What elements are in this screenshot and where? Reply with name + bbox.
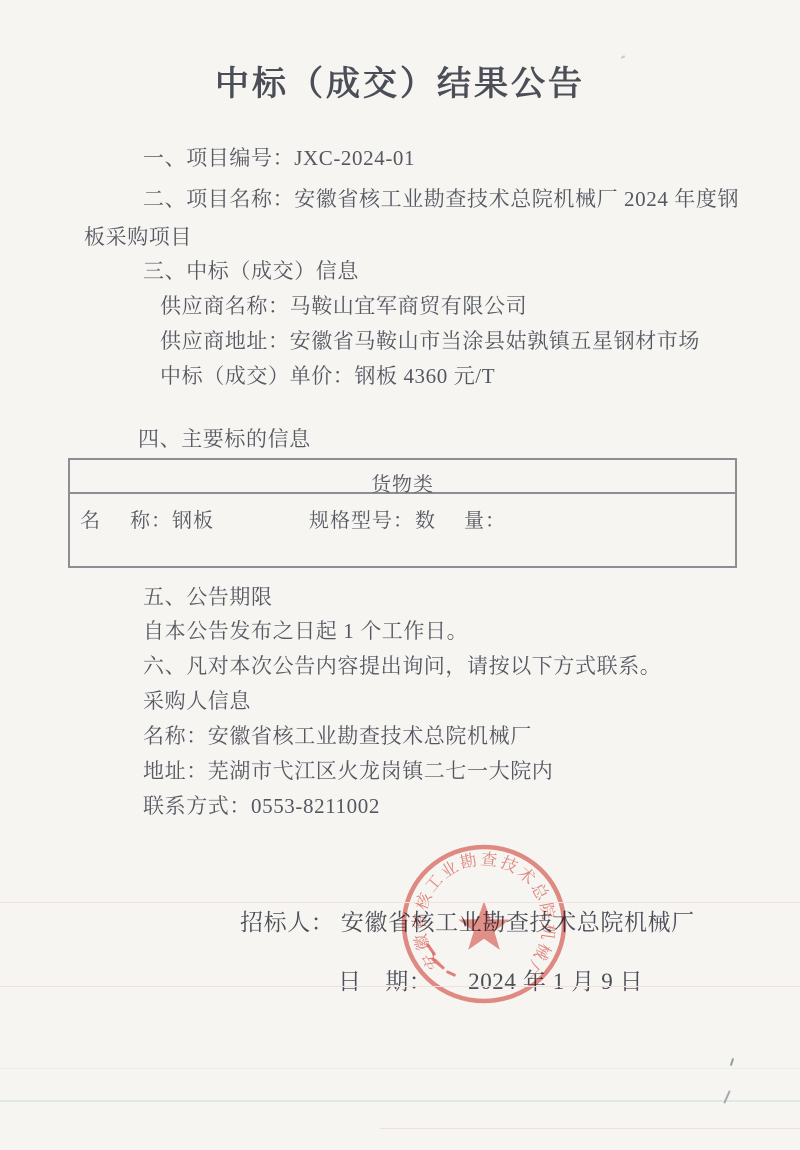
goods-table-header: 货物类 — [70, 460, 735, 494]
pen-mark-artifact — [723, 1090, 731, 1104]
section3-heading: 三、中标（成交）信息 — [143, 259, 359, 284]
seal-inner-mark — [426, 943, 436, 956]
goods-name-value: 称：钢板 — [130, 504, 214, 533]
scan-line-artifact — [0, 1068, 800, 1069]
purchaser-info-heading: 采购人信息 — [143, 689, 251, 714]
scan-line-artifact — [380, 1128, 800, 1129]
section5-heading: 五、公告期限 — [143, 585, 273, 610]
announcement-period-line: 自本公告发布之日起 1 个工作日。 — [143, 619, 468, 644]
project-number-line: 一、项目编号：JXC-2024-01 — [143, 146, 415, 171]
goods-qty-label-2: 量： — [464, 504, 506, 533]
section4-heading: 四、主要标的信息 — [138, 427, 311, 452]
goods-table: 货物类 名 称：钢板 规格型号： 数 量： — [68, 458, 737, 568]
award-price-line: 中标（成交）单价：钢板 4360 元/T — [160, 364, 495, 389]
scanned-document-page: 中标（成交）结果公告 一、项目编号：JXC-2024-01 二、项目名称：安徽省… — [0, 0, 800, 1150]
purchaser-address-line: 地址：芜湖市弋江区火龙岗镇二七一大院内 — [143, 759, 553, 784]
section6-heading: 六、凡对本次公告内容提出询问，请按以下方式联系。 — [143, 654, 661, 679]
bidder-signature-line: 招标人： 安徽省核工业勘查技术总院机械厂 — [240, 909, 695, 937]
goods-name-label-1: 名 — [80, 504, 101, 533]
date-signature-line: 日 期： 2024 年 1 月 9 日 — [338, 968, 643, 996]
goods-qty-label-1: 数 — [415, 504, 436, 533]
goods-spec-label: 规格型号： — [309, 504, 414, 533]
supplier-name-line: 供应商名称：马鞍山宜军商贸有限公司 — [160, 294, 527, 319]
project-name-line-2: 板采购项目 — [84, 225, 192, 250]
pen-mark-artifact — [730, 1058, 734, 1066]
scan-line-artifact — [0, 902, 800, 903]
supplier-address-line: 供应商地址：安徽省马鞍山市当涂县姑孰镇五星钢材市场 — [160, 329, 700, 354]
goods-table-row: 名 称：钢板 规格型号： 数 量： — [70, 494, 735, 562]
project-name-line-1: 二、项目名称：安徽省核工业勘查技术总院机械厂 2024 年度钢 — [143, 187, 739, 212]
purchaser-name-line: 名称：安徽省核工业勘查技术总院机械厂 — [143, 724, 532, 749]
scan-line-artifact — [0, 1100, 800, 1102]
document-title: 中标（成交）结果公告 — [0, 56, 800, 105]
purchaser-contact-line: 联系方式：0553-8211002 — [143, 794, 380, 819]
